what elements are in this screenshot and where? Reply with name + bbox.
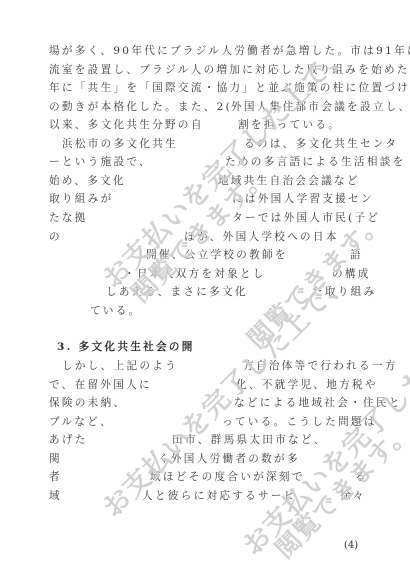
text-fragment: しかし、上記のよう bbox=[62, 359, 178, 373]
text-line: の動きが本格化した。また、2( 外国人集住都市会議を設立し、 bbox=[0, 100, 410, 118]
text-fragment: 始め、多文化 bbox=[49, 174, 126, 188]
text-fragment: ている。 bbox=[90, 304, 142, 318]
text-line: 年に「共生」を「国際交流・協力」と並ぶ施策の柱に位置づけてからそ bbox=[0, 81, 410, 99]
document-page: 場が多く、90年代にブラジル人労働者が急増した。市は91年に国際交 流室を設置し… bbox=[0, 0, 410, 580]
text-fragment: 域ほどその度合いが深刻で bbox=[150, 470, 305, 484]
text-fragment: ブルなど、 bbox=[49, 415, 113, 429]
text-fragment: の bbox=[49, 230, 62, 244]
text-fragment: で、在留外国人に bbox=[49, 378, 152, 392]
section-heading-text: 3. 多文化共生社会の開 bbox=[57, 340, 195, 354]
section-heading: 3. 多文化共生社会の開 bbox=[0, 340, 410, 358]
text-fragment: 場が多く、90年代にブラジル人労働者が急増した。市は91年に国際交 bbox=[49, 44, 410, 58]
text-fragment: 保険の未納、 bbox=[49, 396, 126, 410]
text-line: 浜松市の多文化共生 るのは、多文化共生センタ bbox=[0, 137, 410, 155]
text-fragment: 以来、多文化共生分野の自 bbox=[49, 118, 204, 132]
text-fragment: の動きが本格化した。また、2( bbox=[49, 100, 232, 114]
text-fragment: 浜松市の多文化共生 bbox=[62, 137, 178, 151]
text-fragment: 流室を設置し、ブラジル人の増加に対応した取り組みを始めたが、2001 bbox=[49, 63, 410, 77]
text-fragment: 関 bbox=[49, 452, 62, 466]
page-number: (4) bbox=[344, 540, 358, 551]
text-fragment: 者 bbox=[49, 470, 62, 484]
text-line: ている。 bbox=[0, 304, 410, 322]
text-line: しかし、上記のよう 方自治体等で行われる一方 bbox=[0, 359, 410, 377]
text-fragment: 取り組みが bbox=[49, 192, 113, 206]
text-fragment: ーという施設で、 bbox=[49, 155, 152, 169]
text-fragment: あげた bbox=[49, 433, 88, 447]
text-fragment: 年に「共生」を「国際交流・協力」と並ぶ施策の柱に位置づけてからそ bbox=[49, 81, 410, 95]
text-fragment: たな拠 bbox=[49, 211, 88, 225]
text-fragment: 域 bbox=[49, 489, 62, 503]
text-line: 以来、多文化共生分野の自 割を担っている。 bbox=[0, 118, 410, 136]
